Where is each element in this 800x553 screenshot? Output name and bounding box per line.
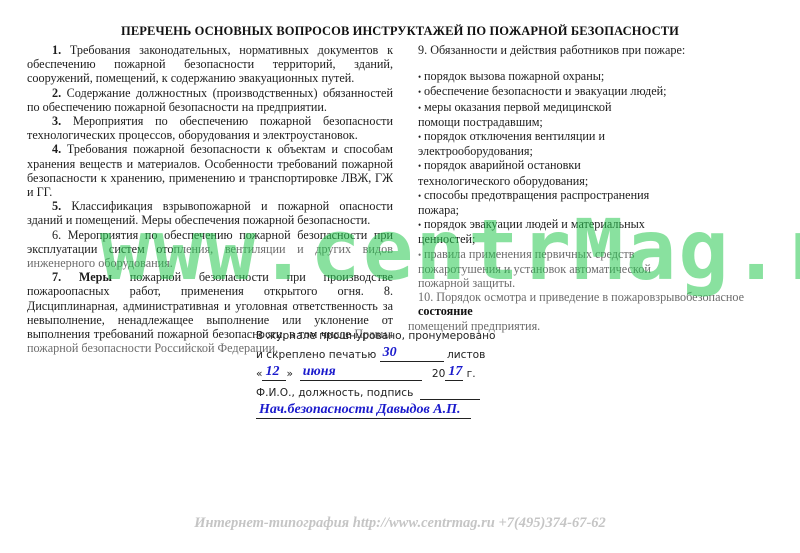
day-field: 12 (262, 368, 286, 381)
bullet-text: порядок эвакуации людей и материальных (424, 217, 645, 231)
item-5: 5. Классификация взрывопожарной и пожарн… (27, 199, 393, 227)
bullet-text: меры оказания первой медицинской (424, 100, 612, 114)
year-suffix: г. (463, 368, 475, 380)
item-number: 3. (52, 114, 61, 128)
sheets-value: 30 (383, 345, 397, 361)
signature-field (420, 387, 480, 400)
item-number: 1. (52, 43, 61, 57)
signature-value: Нач.безопасности Давыдов А.П. (259, 402, 460, 418)
year-value: 17 (448, 364, 462, 380)
list-item: •порядок отключения вентиляции иэлектроо… (418, 129, 788, 158)
bullet-text: порядок аварийной остановки (424, 158, 581, 172)
bullet-text: пожаротушения и установок автоматической (418, 262, 788, 276)
item-text: Требования пожарной безопасности к объек… (27, 142, 393, 199)
list-item: •способы предотвращения распространенияп… (418, 188, 788, 217)
item-text: Мероприятия по обеспечению пожарной безо… (27, 114, 393, 142)
right-column: 9. Обязанности и действия работников при… (418, 43, 788, 333)
day-value: 12 (265, 364, 279, 380)
item-number: 4. (52, 142, 61, 156)
year-field: 17 (445, 368, 463, 381)
stamp-line-3: «12 » июня 2017 г. (256, 368, 476, 387)
list-item: •обеспечение безопасности и эвакуации лю… (418, 84, 788, 99)
item-text: Требования законодательных, нормативных … (27, 43, 393, 85)
stamp-label: листов (444, 349, 486, 361)
item-10: 10. Порядок осмотра и приведение в пожар… (418, 290, 788, 318)
quote-close: » (286, 368, 292, 380)
year-prefix: 20 (432, 368, 445, 380)
list-item: •порядок вызова пожарной охраны; (418, 69, 788, 84)
document-title: ПЕРЕЧЕНЬ ОСНОВНЫХ ВОПРОСОВ ИНСТРУКТАЖЕЙ … (0, 24, 800, 39)
item-text: состояние (418, 304, 473, 318)
item-6: 6. Мероприятия по обеспечению пожарной б… (27, 228, 393, 271)
bullet-text: электрооборудования; (418, 144, 788, 158)
item-9-heading: 9. Обязанности и действия работников при… (418, 43, 788, 57)
footer-credit: Интернет-типография http://www.centrmag.… (0, 515, 800, 532)
stamp-line-1: В журнале прошнуровано, пронумеровано (256, 330, 476, 349)
name-position-field: Нач.безопасности Давыдов А.П. (256, 406, 471, 419)
bullet-text: пожарной защиты. (418, 276, 788, 290)
bullet-text: способы предотвращения распространения (424, 188, 649, 202)
item-2: 2. Содержание должностных (производствен… (27, 86, 393, 114)
month-value: июня (303, 364, 336, 380)
bullet-text: правила применения первичных средств (424, 247, 634, 261)
stamp-line-5: Нач.безопасности Давыдов А.П. (256, 406, 476, 425)
item-number: 7. Меры (52, 270, 112, 284)
item-3: 3. Мероприятия по обеспечению пожарной б… (27, 114, 393, 142)
item-number: 5. (52, 199, 61, 213)
journal-stamp: В журнале прошнуровано, пронумеровано и … (256, 330, 476, 425)
item-4: 4. Требования пожарной безопасности к об… (27, 142, 393, 199)
bullet-text: пожара; (418, 203, 788, 217)
month-field: июня (300, 368, 422, 381)
bullet-text: порядок вызова пожарной охраны; (424, 69, 604, 83)
bullet-text: ценностей; (418, 232, 788, 246)
left-column: 1. Требования законодательных, нормативн… (27, 43, 393, 355)
bullet-text: порядок отключения вентиляции и (424, 129, 605, 143)
item-text-faded: 10. Порядок осмотра и приведение в пожар… (418, 290, 744, 304)
item-1: 1. Требования законодательных, нормативн… (27, 43, 393, 86)
bullet-text: обеспечение безопасности и эвакуации люд… (424, 84, 667, 98)
list-item: •меры оказания первой медицинскойпомощи … (418, 100, 788, 129)
item-number: 2. (52, 86, 61, 100)
sheets-field: 30 (380, 349, 444, 362)
item-text: Содержание должностных (производственных… (27, 86, 393, 114)
stamp-line-2: и скреплено печатью 30 листов (256, 349, 476, 368)
bullet-text: технологического оборудования; (418, 174, 788, 188)
item-text: Классификация взрывопожарной и пожарной … (27, 199, 393, 227)
list-item: •порядок эвакуации людей и материальныхц… (418, 217, 788, 246)
bullet-text: помощи пострадавшим; (418, 115, 788, 129)
stamp-label: Ф.И.О., должность, подпись (256, 387, 413, 399)
stamp-label: и скреплено печатью (256, 349, 380, 361)
list-item-faded: •правила применения первичных средств по… (418, 247, 788, 291)
list-item: •порядок аварийной остановкитехнологичес… (418, 158, 788, 187)
duties-list: •порядок вызова пожарной охраны;•обеспеч… (418, 69, 788, 246)
